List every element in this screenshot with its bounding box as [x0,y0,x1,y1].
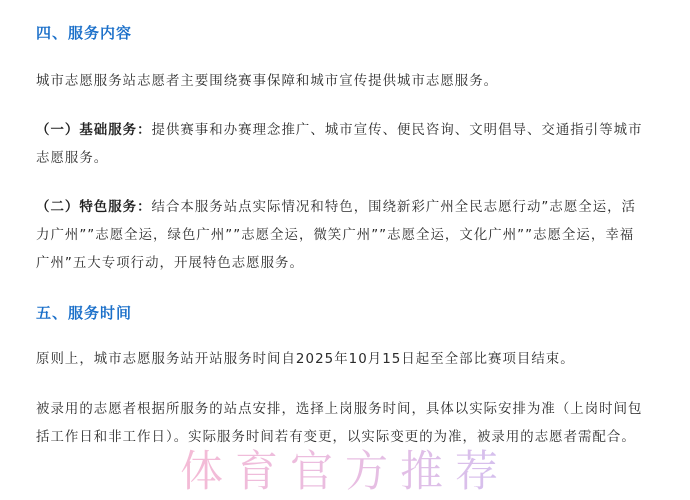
special-service-label: （二）特色服务： [36,200,152,215]
paragraph-special-service: （二）特色服务：结合本服务站点实际情况和特色，围绕新彩广州全民志愿行动”志愿全运… [36,194,646,278]
paragraph-basic-service: （一）基础服务：提供赛事和办赛理念推广、城市宣传、便民咨询、文明倡导、交通指引等… [36,117,646,173]
basic-service-label: （一）基础服务： [36,123,152,138]
paragraph-service-intro: 城市志愿服务站志愿者主要围绕赛事保障和城市宣传提供城市志愿服务。 [36,68,646,96]
paragraph-service-period: 原则上，城市志愿服务站开站服务时间自2025年10月15日起至全部比赛项目结束。 [36,346,646,374]
section-heading-service-content: 四、服务内容 [36,22,132,43]
section-heading-service-time: 五、服务时间 [36,302,132,323]
paragraph-shift-arrangement: 被录用的志愿者根据所服务的站点安排，选择上岗服务时间，具体以实际安排为准（上岗时… [36,396,646,452]
